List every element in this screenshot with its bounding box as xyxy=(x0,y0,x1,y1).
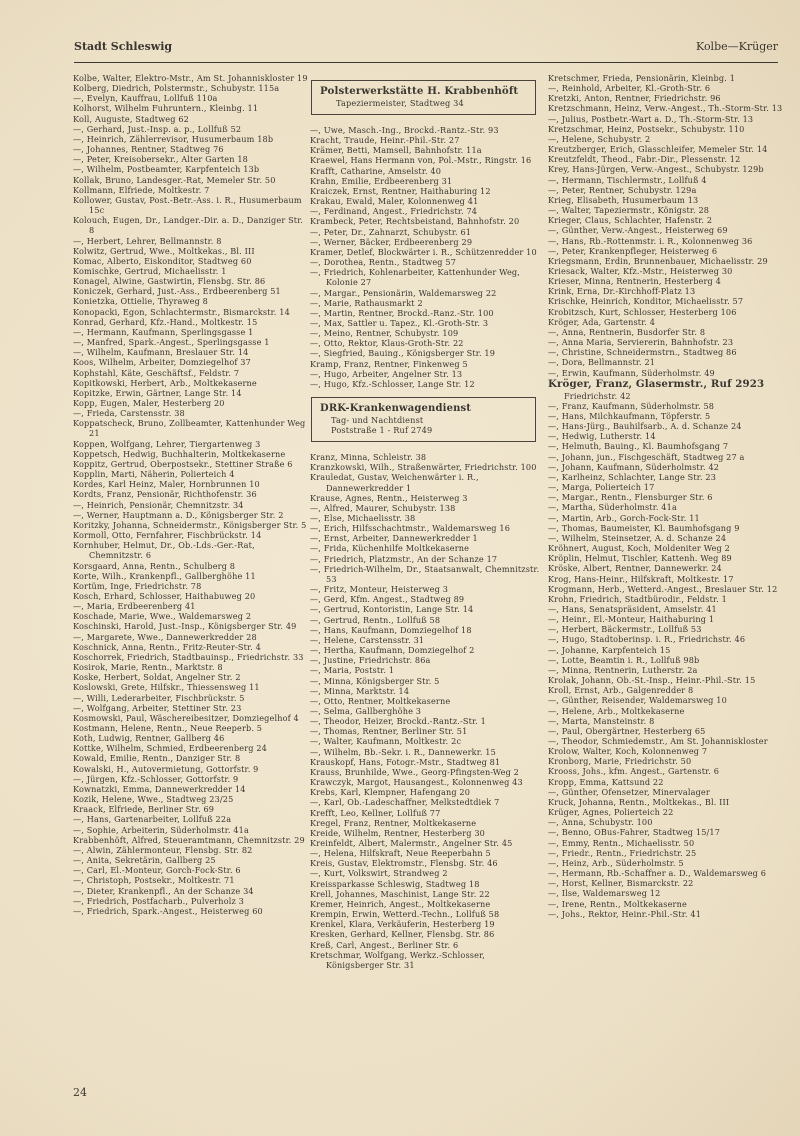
directory-entry: —, Wilhelm, Steinsetzer, A. d. Schanze 2… xyxy=(548,533,783,543)
directory-entry: Kreis, Gustav, Elektromstr., Flensbg. St… xyxy=(310,858,540,868)
directory-entry: —, Uwe, Masch.-Ing., Brockd.-Rantz.-Str.… xyxy=(310,125,540,135)
directory-entry: Kruck, Johanna, Rentn., Moltkekas., Bl. … xyxy=(548,797,783,807)
directory-entry: Kretzki, Anton, Rentner, Friedrichstr. 9… xyxy=(548,93,783,103)
directory-entry: —, Gerd, Kfm. Angest., Stadtweg 89 xyxy=(310,594,540,604)
directory-entry: Krempin, Erwin, Wetterd.-Techn., Lollfuß… xyxy=(310,909,540,919)
directory-entry: —, Johanne, Karpfenteich 15 xyxy=(548,645,783,655)
directory-entry: Kranzkowski, Wilh., Straßenwärter, Fried… xyxy=(310,462,540,472)
directory-entry: Koritzky, Johanna, Schneidermstr., König… xyxy=(73,520,308,530)
directory-entry: —, Hans, Gartenarbeiter, Lollfuß 22a xyxy=(73,814,308,824)
directory-entry: Kosch, Erhard, Schlosser, Haithabuweg 20 xyxy=(73,591,308,601)
directory-entry: —, Herbert, Bäckermstr., Lollfuß 53 xyxy=(548,624,783,634)
directory-entry: —, Friedr., Rentn., Friedrichstr. 25 xyxy=(548,848,783,858)
directory-entry: Koppitz, Gertrud, Oberpostsekr., Stettin… xyxy=(73,459,308,469)
directory-entry: Kretschmar, Wolfgang, Werkz.-Schlosser, … xyxy=(310,950,540,970)
directory-entry: —, Marga, Polierteich 17 xyxy=(548,482,783,492)
directory-entry: Kostmann, Helene, Rentn., Neue Reeperb. … xyxy=(73,723,308,733)
directory-entry: —, Johs., Rektor, Heinr.-Phil.-Str. 41 xyxy=(548,909,783,919)
directory-entry: —, Alfred, Maurer, Schubystr. 138 xyxy=(310,503,540,513)
directory-entry: —, Horst, Kellner, Bismarckstr. 22 xyxy=(548,878,783,888)
directory-entry: Kriegsmann, Erdin, Brunnenbauer, Michael… xyxy=(548,256,783,266)
directory-entry: —, Ferdinand, Angest., Friedrichstr. 74 xyxy=(310,206,540,216)
directory-entry: —, Franz, Kaufmann, Süderholmstr. 58 xyxy=(548,401,783,411)
directory-entry: Kröske, Albert, Rentner, Dannewerkr. 24 xyxy=(548,563,783,573)
directory-entry: —, Helene, Arb., Moltkekaserne xyxy=(548,706,783,716)
directory-entry: Kranz, Minna, Schleistr. 38 xyxy=(310,452,540,462)
directory-entry: Konagel, Alwine, Gastwirtin, Flensbg. St… xyxy=(73,276,308,286)
directory-entry: Kopitzke, Erwin, Gärtner, Lange Str. 14 xyxy=(73,388,308,398)
entry-list-a: Kretschmer, Frieda, Pensionärin, Kleinbg… xyxy=(548,73,783,378)
directory-entry: —, Sophie, Arbeiterin, Süderholmstr. 41a xyxy=(73,825,308,835)
directory-entry: —, Fritz, Monteur, Heisterweg 3 xyxy=(310,584,540,594)
directory-entry: —, Minna, Rentnerin, Lutherstr. 2a xyxy=(548,665,783,675)
page-header: Stadt Schleswig Kolbe—Krüger xyxy=(74,40,778,63)
directory-entry: Kregel, Franz, Rentner, Moltkekaserne xyxy=(310,818,540,828)
directory-entry: Krawczyk, Margot, Hausangest., Kolonnenw… xyxy=(310,777,540,787)
directory-entry: —, Hugo, Arbeiter, Angelner Str. 13 xyxy=(310,369,540,379)
directory-entry: Koschorrek, Friedrich, Stadtbauinsp., Fr… xyxy=(73,652,308,662)
directory-entry: —, Gerhard, Just.-Insp. a. p., Lollfuß 5… xyxy=(73,124,308,134)
directory-entry: —, Hugo, Kfz.-Schlosser, Lange Str. 12 xyxy=(310,379,540,389)
directory-entry: —, Evelyn, Kauffrau, Lollfuß 110a xyxy=(73,93,308,103)
directory-entry: Krämer, Betti, Mamsell, Bahnhofstr. 11a xyxy=(310,145,540,155)
directory-entry: —, Helene, Schubystr. 2 xyxy=(548,134,783,144)
directory-entry: Krafft, Catharine, Amselstr. 40 xyxy=(310,166,540,176)
column-3: Kretschmer, Frieda, Pensionärin, Kleinbg… xyxy=(548,73,783,919)
directory-entry: Kresken, Gerhard, Kellner, Flensbg. Str.… xyxy=(310,929,540,939)
entry-list-b: —, Franz, Kaufmann, Süderholmstr. 58—, H… xyxy=(548,401,783,919)
directory-entry: Kottke, Wilhelm, Schmied, Erdbeerenberg … xyxy=(73,743,308,753)
directory-entry: —, Ilse, Waldemarsweg 12 xyxy=(548,888,783,898)
directory-entry: —, Martin, Arb., Gorch-Fock-Str. 11 xyxy=(548,513,783,523)
directory-entry: Kraack, Elfriede, Berliner Str. 69 xyxy=(73,804,308,814)
directory-entry: Krolow, Walter, Koch, Kolonnenweg 7 xyxy=(548,746,783,756)
directory-entry: Krambeck, Peter, Rechtsbeistand, Bahnhof… xyxy=(310,216,540,226)
directory-entry: Kretschmer, Frieda, Pensionärin, Kleinbg… xyxy=(548,73,783,83)
directory-entry: —, Peter, Rentner, Schubystr. 129a xyxy=(548,185,783,195)
directory-entry: Kriesack, Walter, Kfz.-Mstr., Heisterweg… xyxy=(548,266,783,276)
directory-entry: Kolhorst, Wilhelm Fuhruntern., Kleinbg. … xyxy=(73,103,308,113)
directory-entry: Koppetsch, Hedwig, Buchhalterin, Moltkek… xyxy=(73,449,308,459)
directory-entry: —, Else, Michaelisstr. 38 xyxy=(310,513,540,523)
directory-entry: —, Dorothea, Rentn., Stadtweg 57 xyxy=(310,257,540,267)
directory-entry: Krischke, Heinrich, Konditor, Michaeliss… xyxy=(548,296,783,306)
directory-entry: —, Paul, Obergärtner, Hesterberg 65 xyxy=(548,726,783,736)
directory-entry: Korsgaard, Anna, Rentn., Schulberg 8 xyxy=(73,561,308,571)
directory-entry: —, Martha, Süderholmstr. 41a xyxy=(548,502,783,512)
directory-entry: Kraewel, Hans Hermann von, Pol.-Mstr., R… xyxy=(310,155,540,165)
directory-entry: Konopacki, Egon, Schlachtermstr., Bismar… xyxy=(73,307,308,317)
directory-entry: Korte, Wilh., Krankenpfl., Gallberghöhe … xyxy=(73,571,308,581)
directory-entry: —, Friedrich, Spark.-Angest., Heisterweg… xyxy=(73,906,308,916)
directory-entry: Kolwitz, Gertrud, Wwe., Moltkekas., Bl. … xyxy=(73,246,308,256)
directory-entry: Kordes, Karl Heinz, Maler, Hornbrunnen 1… xyxy=(73,479,308,489)
directory-entry: —, Peter, Kreisobersekr., Alter Garten 1… xyxy=(73,154,308,164)
directory-entry: Krell, Johannes, Maschinist, Lange Str. … xyxy=(310,889,540,899)
directory-entry: Kracht, Traude, Heinr.-Phil.-Str. 27 xyxy=(310,135,540,145)
directory-entry: —, Wilhelm, Postbeamter, Karpfenteich 13… xyxy=(73,164,308,174)
directory-entry: —, Ernst, Arbeiter, Dannewerkredder 1 xyxy=(310,533,540,543)
directory-entry: —, Friedrich, Postfacharb., Pulverholz 3 xyxy=(73,896,308,906)
directory-entry: —, Hertha, Kaufmann, Domziegelhof 2 xyxy=(310,645,540,655)
directory-entry: Kreinfeldt, Albert, Malermstr., Angelner… xyxy=(310,838,540,848)
directory-entry: Krauledat, Gustav, Weichenwärter i. R., … xyxy=(310,472,540,492)
directory-entry: —, Emmy, Rentn., Michaelisstr. 50 xyxy=(548,838,783,848)
page-number: 24 xyxy=(73,1086,87,1099)
directory-entry: —, Gertrud, Rentn., Lollfuß 58 xyxy=(310,615,540,625)
column-2: Polsterwerkstätte H. Krabbenhöft Tapezie… xyxy=(310,80,540,970)
directory-entry: —, Johann, jun., Fischgeschäft, Stadtweg… xyxy=(548,452,783,462)
directory-entry: Kollak, Bruno, Landesger.-Rat, Memeler S… xyxy=(73,175,308,185)
directory-entry: —, Anna Maria, Serviererin, Bahnhofstr. … xyxy=(548,337,783,347)
directory-entry: —, Karl, Ob.-Ladeschaffner, Melkstedtdie… xyxy=(310,797,540,807)
directory-entry: —, Erich, Hilfsschachtmstr., Waldemarswe… xyxy=(310,523,540,533)
directory-entry: —, Martin, Rentner, Brockd.-Ranz.-Str. 1… xyxy=(310,308,540,318)
directory-entry: —, Justine, Friedrichstr. 86a xyxy=(310,655,540,665)
directory-entry: Kopitkowski, Herbert, Arb., Moltkekasern… xyxy=(73,378,308,388)
directory-entry: Kortüm, Inge, Friedrichstr. 78 xyxy=(73,581,308,591)
directory-entry: —, Hans, Milchkaufmann, Töpferstr. 5 xyxy=(548,411,783,421)
directory-entry: Krog, Hans-Heinr., Hilfskraft, Moltkestr… xyxy=(548,574,783,584)
directory-entry: Kröger, Ada, Gartenstr. 4 xyxy=(548,317,783,327)
header-city: Stadt Schleswig xyxy=(74,40,172,53)
directory-entry: —, Anita, Sekretärin, Gallberg 25 xyxy=(73,855,308,865)
directory-entry: —, Manfred, Spark.-Angest., Sperlingsgas… xyxy=(73,337,308,347)
directory-entry: Koth, Ludwig, Rentner, Gallberg 46 xyxy=(73,733,308,743)
directory-entry: Krolak, Johann, Ob.-St.-Insp., Heinr.-Ph… xyxy=(548,675,783,685)
directory-entry: —, Frieda, Carstensstr. 38 xyxy=(73,408,308,418)
directory-entry: —, Minna, Marktstr. 14 xyxy=(310,686,540,696)
directory-entry: —, Hermann, Rb.-Schaffner a. D., Waldema… xyxy=(548,868,783,878)
ad-line: Poststraße 1 - Ruf 2749 xyxy=(320,425,535,435)
ad-line: Tapeziermeister, Stadtweg 34 xyxy=(320,98,535,108)
directory-entry: —, Margar., Rentn., Flensburger Str. 6 xyxy=(548,492,783,502)
directory-entry: Krauskopf, Hans, Fotogr.-Mstr., Stadtweg… xyxy=(310,757,540,767)
directory-entry: —, Gertrud, Kontoristin, Lange Str. 14 xyxy=(310,604,540,614)
directory-entry: Koll, Auguste, Stadtweg 62 xyxy=(73,114,308,124)
directory-entry: —, Walter, Kaufmann, Moltkestr. 2c xyxy=(310,736,540,746)
directory-entry: Krieser, Minna, Rentnerin, Hesterberg 4 xyxy=(548,276,783,286)
header-range: Kolbe—Krüger xyxy=(696,40,778,53)
directory-entry: Kröhnert, August, Koch, Moldeniter Weg 2 xyxy=(548,543,783,553)
directory-entry: —, Willi, Lederarbeiter, Fischbrückstr. … xyxy=(73,693,308,703)
directory-entry: —, Heinrich, Pensionär, Chemnitzstr. 34 xyxy=(73,500,308,510)
directory-entry: —, Alwin, Zählermonteur, Flensbg. Str. 8… xyxy=(73,845,308,855)
directory-entry: Krooss, Johs., kfm. Angest., Gartenstr. … xyxy=(548,766,783,776)
directory-entry: Kremer, Heinrich, Angest., Moltkekaserne xyxy=(310,899,540,909)
directory-entry: Kröplin, Helmut, Tischler, Kattenh. Weg … xyxy=(548,553,783,563)
directory-entry: Kreutzberger, Erich, Glasschleifer, Meme… xyxy=(548,144,783,154)
directory-entry: Krenkel, Klara, Verkäuferin, Hesterberg … xyxy=(310,919,540,929)
directory-entry: —, Max, Sattler u. Tapez., Kl.-Groth-Str… xyxy=(310,318,540,328)
directory-entry: —, Heinr., El.-Monteur, Haithaburing 1 xyxy=(548,614,783,624)
directory-entry: —, Helmuth, Bauing., Kl. Baumhofsgang 7 xyxy=(548,441,783,451)
directory-entry: —, Günther, Ofensetzer, Minervalager xyxy=(548,787,783,797)
directory-entry: —, Benno, OBus-Fahrer, Stadtweg 15/17 xyxy=(548,827,783,837)
directory-entry: —, Johannes, Rentner, Stadtweg 76 xyxy=(73,144,308,154)
directory-entry: Kosmowski, Paul, Wäschereibesitzer, Domz… xyxy=(73,713,308,723)
directory-entry: —, Günther, Reisender, Waldemarsweg 10 xyxy=(548,695,783,705)
directory-entry: —, Werner, Bäcker, Erdbeerenberg 29 xyxy=(310,237,540,247)
directory-entry: Krabbenhöft, Alfred, Steueramtmann, Chem… xyxy=(73,835,308,845)
directory-entry: —, Otto, Rektor, Klaus-Groth-Str. 22 xyxy=(310,338,540,348)
directory-entry: —, Wolfgang, Arbeiter, Stettiner Str. 23 xyxy=(73,703,308,713)
directory-entry: Kollmann, Elfriede, Moltkestr. 7 xyxy=(73,185,308,195)
directory-entry: Koppatscheck, Bruno, Zollbeamter, Katten… xyxy=(73,418,308,438)
directory-entry: Kordts, Franz, Pensionär, Richthofenstr.… xyxy=(73,489,308,499)
directory-entry: Krause, Agnes, Rentn., Heisterweg 3 xyxy=(310,493,540,503)
column-1: Kolbe, Walter, Elektro-Mstr., Am St. Joh… xyxy=(73,73,308,916)
directory-entry: —, Siegfried, Bauing., Königsberger Str.… xyxy=(310,348,540,358)
directory-entry: Kreissparkasse Schleswig, Stadtweg 18 xyxy=(310,879,540,889)
directory-entry: Krohn, Friedrich, Stadtbürodir., Feldstr… xyxy=(548,594,783,604)
ad-drk-krankenwagendienst: DRK-Krankenwagendienst Tag- und Nachtdie… xyxy=(311,397,536,442)
directory-entry: —, Marie, Rathausmarkt 2 xyxy=(310,298,540,308)
directory-entry: —, Dieter, Krankenpfl., An der Schanze 3… xyxy=(73,886,308,896)
directory-entry: Kosirok, Marie, Rentn., Marktstr. 8 xyxy=(73,662,308,672)
directory-entry: Kroll, Ernst, Arb., Galgenredder 8 xyxy=(548,685,783,695)
directory-entry: Kronborg, Marie, Friedrichstr. 50 xyxy=(548,756,783,766)
directory-entry: —, Hans-Jürg., Bauhilfsarb., A. d. Schan… xyxy=(548,421,783,431)
directory-entry: Kornhuber, Helmut, Dr., Ob.-Lds.-Ger.-Ra… xyxy=(73,540,308,560)
directory-entry: —, Hans, Senatspräsident, Amselstr. 41 xyxy=(548,604,783,614)
directory-entry: Kophstahl, Käte, Geschäftsf., Feldstr. 7 xyxy=(73,368,308,378)
directory-entry: —, Friedrich-Wilhelm, Dr., Staatsanwalt,… xyxy=(310,564,540,584)
directory-entry: Kozik, Helene, Wwe., Stadtweg 23/25 xyxy=(73,794,308,804)
bold-entry-address: Friedrichstr. 42 xyxy=(548,391,783,401)
directory-entry: Kramer, Detlef, Blockwärter i. R., Schüt… xyxy=(310,247,540,257)
directory-entry: Kollower, Gustav, Post.-Betr.-Ass. i. R.… xyxy=(73,195,308,215)
directory-entry: —, Karlheinz, Schlachter, Lange Str. 23 xyxy=(548,472,783,482)
directory-entry: Krefft, Leo, Kellner, Lollfuß 77 xyxy=(310,808,540,818)
directory-entry: —, Hugo, Stadtoberinsp. i. R., Friedrich… xyxy=(548,634,783,644)
directory-entry: —, Marta, Mansteinstr. 8 xyxy=(548,716,783,726)
directory-entry: —, Heinrich, Zählerrevisor, Husumerbaum … xyxy=(73,134,308,144)
directory-entry: —, Lotte, Beamtin i. R., Lollfuß 98b xyxy=(548,655,783,665)
directory-entry: —, Minna, Königsberger Str. 5 xyxy=(310,676,540,686)
directory-entry: Kramp, Franz, Rentner, Finkenweg 5 xyxy=(310,359,540,369)
directory-entry: Krogmann, Herb., Wetterd.-Angest., Bresl… xyxy=(548,584,783,594)
directory-entry: Komischke, Gertrud, Michaelisstr. 1 xyxy=(73,266,308,276)
directory-entry: Koske, Herbert, Soldat, Angelner Str. 2 xyxy=(73,672,308,682)
directory-entry: Krieger, Claus, Schlachter, Hafenstr. 2 xyxy=(548,215,783,225)
directory-page: Stadt Schleswig Kolbe—Krüger Kolbe, Walt… xyxy=(0,0,800,1136)
directory-entry: —, Otto, Rentner, Moltkekaserne xyxy=(310,696,540,706)
directory-entry: —, Walter, Tapeziermstr., Königstr. 28 xyxy=(548,205,783,215)
directory-entry: —, Selma, Gallberghöhe 3 xyxy=(310,706,540,716)
ad-title: Polsterwerkstätte H. Krabbenhöft xyxy=(320,85,535,98)
directory-entry: —, Margarete, Wwe., Dannewerkredder 28 xyxy=(73,632,308,642)
directory-entry: —, Theodor, Schmiedemstr., Am St. Johann… xyxy=(548,736,783,746)
bold-entry-kroeger-franz: Kröger, Franz, Glasermstr., Ruf 2923 xyxy=(548,378,783,391)
directory-entry: Koos, Wilhelm, Arbeiter, Domziegelhof 37 xyxy=(73,357,308,367)
directory-entry: —, Julius, Postbetr.-Wart a. D., Th.-Sto… xyxy=(548,114,783,124)
directory-entry: Krüger, Agnes, Polierteich 22 xyxy=(548,807,783,817)
directory-entry: Konietzka, Ottielie, Thyraweg 8 xyxy=(73,296,308,306)
directory-entry: Krahn, Emilie, Erdbeerenberg 31 xyxy=(310,176,540,186)
ad-title: DRK-Krankenwagendienst xyxy=(320,402,535,415)
directory-entry: —, Herbert, Lehrer, Bellmannstr. 8 xyxy=(73,236,308,246)
directory-entry: Kormoll, Otto, Fernfahrer, Fischbrückstr… xyxy=(73,530,308,540)
directory-entry: —, Christoph, Postsekr., Moltkestr. 71 xyxy=(73,875,308,885)
directory-entry: Krauss, Brunhilde, Wwe., Georg-Pfingsten… xyxy=(310,767,540,777)
directory-entry: —, Irene, Rentn., Moltkekaserne xyxy=(548,899,783,909)
directory-entry: —, Hermann, Tischlermstr., Lollfuß 4 xyxy=(548,175,783,185)
directory-entry: Kowald, Emilie, Rentn., Danziger Str. 8 xyxy=(73,753,308,763)
directory-entry: —, Thomas, Baumeister, Kl. Baumhofsgang … xyxy=(548,523,783,533)
directory-entry: Kretzschmar, Heinz, Postsekr., Schubystr… xyxy=(548,124,783,134)
directory-entry: Kropp, Emma, Kattsund 22 xyxy=(548,777,783,787)
directory-entry: Koschade, Marie, Wwe., Waldemarsweg 2 xyxy=(73,611,308,621)
directory-entry: —, Carl, El.-Monteur, Gorch-Fock-Str. 6 xyxy=(73,865,308,875)
directory-entry: Koschinski, Harold, Just.-Insp., Königsb… xyxy=(73,621,308,631)
directory-entry: —, Hermann, Kaufmann, Sperlingsgasse 1 xyxy=(73,327,308,337)
directory-entry: Koslowski, Grete, Hilfskr., Thiessensweg… xyxy=(73,682,308,692)
directory-entry: —, Margar., Pensionärin, Waldemarsweg 22 xyxy=(310,288,540,298)
directory-entry: —, Dora, Bellmannstr. 21 xyxy=(548,357,783,367)
directory-entry: Kopplin, Marti, Näherin, Polierteich 4 xyxy=(73,469,308,479)
directory-entry: Kreutzfeldt, Theod., Fabr.-Dir., Plessen… xyxy=(548,154,783,164)
directory-entry: —, Johann, Kaufmann, Süderholmstr. 42 xyxy=(548,462,783,472)
directory-entry: Koppen, Wolfgang, Lehrer, Tiergartenweg … xyxy=(73,439,308,449)
directory-entry: —, Helena, Hilfskraft, Neue Reeperbahn 5 xyxy=(310,848,540,858)
directory-entry: —, Friedrich, Platzmstr., An der Schanze… xyxy=(310,554,540,564)
ad-line: Tag- und Nachtdienst xyxy=(320,415,535,425)
directory-entry: —, Friedrich, Kohlenarbeiter, Kattenhund… xyxy=(310,267,540,287)
directory-entry: —, Wilhelm, Bb.-Sekr. i. R., Dannewerkr.… xyxy=(310,747,540,757)
directory-entry: Kreß, Carl, Angest., Berliner Str. 6 xyxy=(310,940,540,950)
directory-entry: —, Erwin, Kaufmann, Süderholmstr. 49 xyxy=(548,368,783,378)
directory-entry: Krobitzsch, Kurt, Schlosser, Hesterberg … xyxy=(548,307,783,317)
directory-entry: Kownatzki, Emma, Dannewerkredder 14 xyxy=(73,784,308,794)
directory-entry: —, Peter, Krankenpfleger, Heisterweg 6 xyxy=(548,246,783,256)
directory-entry: —, Anna, Schubystr. 100 xyxy=(548,817,783,827)
directory-entry: —, Günther, Verw.-Angest., Heisterweg 69 xyxy=(548,225,783,235)
entry-list-a: —, Uwe, Masch.-Ing., Brockd.-Rantz.-Str.… xyxy=(310,125,540,389)
directory-entry: —, Helene, Carstensstr. 31 xyxy=(310,635,540,645)
directory-entry: Kowalski, H., Autovermietung, Gottorfstr… xyxy=(73,764,308,774)
directory-entry: Kolbe, Walter, Elektro-Mstr., Am St. Joh… xyxy=(73,73,308,83)
directory-entry: —, Heinz, Arb., Süderholmstr. 5 xyxy=(548,858,783,868)
directory-entry: —, Theodor, Heizer, Brockd.-Rantz.-Str. … xyxy=(310,716,540,726)
entry-list-b: Kranz, Minna, Schleistr. 38Kranzkowski, … xyxy=(310,452,540,970)
directory-entry: —, Thomas, Rentner, Berliner Str. 51 xyxy=(310,726,540,736)
directory-entry: —, Meino, Rentner, Schubystr. 109 xyxy=(310,328,540,338)
directory-entry: —, Kurt, Volkswirt, Strandweg 2 xyxy=(310,868,540,878)
directory-entry: —, Wilhelm, Kaufmann, Breslauer Str. 14 xyxy=(73,347,308,357)
directory-entry: —, Hans, Kaufmann, Domziegelhof 18 xyxy=(310,625,540,635)
directory-entry: Kretzschmann, Heinz, Verw.-Angest., Th.-… xyxy=(548,103,783,113)
directory-entry: —, Maria, Erdbeerenberg 41 xyxy=(73,601,308,611)
directory-entry: Krebs, Karl, Klempner, Hafengang 20 xyxy=(310,787,540,797)
directory-entry: —, Anna, Rentnerin, Busdorfer Str. 8 xyxy=(548,327,783,337)
directory-entry: —, Christine, Schneidermstrn., Stadtweg … xyxy=(548,347,783,357)
directory-entry: —, Peter, Dr., Zahnarzt, Schubystr. 61 xyxy=(310,227,540,237)
directory-entry: —, Hans, Rb.-Rottenmstr. i. R., Kolonnen… xyxy=(548,236,783,246)
directory-entry: Kolberg, Diedrich, Polstermstr., Schubys… xyxy=(73,83,308,93)
directory-entry: Koschnick, Anna, Rentn., Fritz-Reuter-St… xyxy=(73,642,308,652)
directory-entry: —, Hedwig, Lutherstr. 14 xyxy=(548,431,783,441)
directory-entry: Komac, Alberto, Eiskonditor, Stadtweg 60 xyxy=(73,256,308,266)
directory-entry: —, Frida, Küchenhilfe Moltkekaserne xyxy=(310,543,540,553)
directory-entry: Kraiczek, Ernst, Rentner, Haithaburing 1… xyxy=(310,186,540,196)
directory-entry: Krakau, Ewald, Maler, Kolonnenweg 41 xyxy=(310,196,540,206)
ad-polsterwerkstaette: Polsterwerkstätte H. Krabbenhöft Tapezie… xyxy=(311,80,536,115)
directory-entry: Krieg, Elisabeth, Husumerbaum 13 xyxy=(548,195,783,205)
directory-entry: —, Reinhold, Arbeiter, Kl.-Groth-Str. 6 xyxy=(548,83,783,93)
directory-entry: Konrad, Gerhard, Kfz.-Hand., Moltkestr. … xyxy=(73,317,308,327)
directory-entry: —, Jürgen, Kfz.-Schlosser, Gottorfstr. 9 xyxy=(73,774,308,784)
directory-entry: Kolouch, Eugen, Dr., Landger.-Dir. a. D.… xyxy=(73,215,308,235)
directory-entry: Kopp, Eugen, Maler, Hesterberg 20 xyxy=(73,398,308,408)
directory-entry: —, Maria, Poststr. 1 xyxy=(310,665,540,675)
directory-entry: Krink, Erna, Dr.-Kirchhoff-Platz 13 xyxy=(548,286,783,296)
directory-entry: Koniczek, Gerhard, Just.-Ass., Erdbeeren… xyxy=(73,286,308,296)
directory-entry: —, Werner, Hauptmann a. D., Königsberger… xyxy=(73,510,308,520)
directory-entry: Krey, Hans-Jürgen, Verw.-Angest., Schuby… xyxy=(548,164,783,174)
directory-entry: Kreide, Wilhelm, Rentner, Hesterberg 30 xyxy=(310,828,540,838)
